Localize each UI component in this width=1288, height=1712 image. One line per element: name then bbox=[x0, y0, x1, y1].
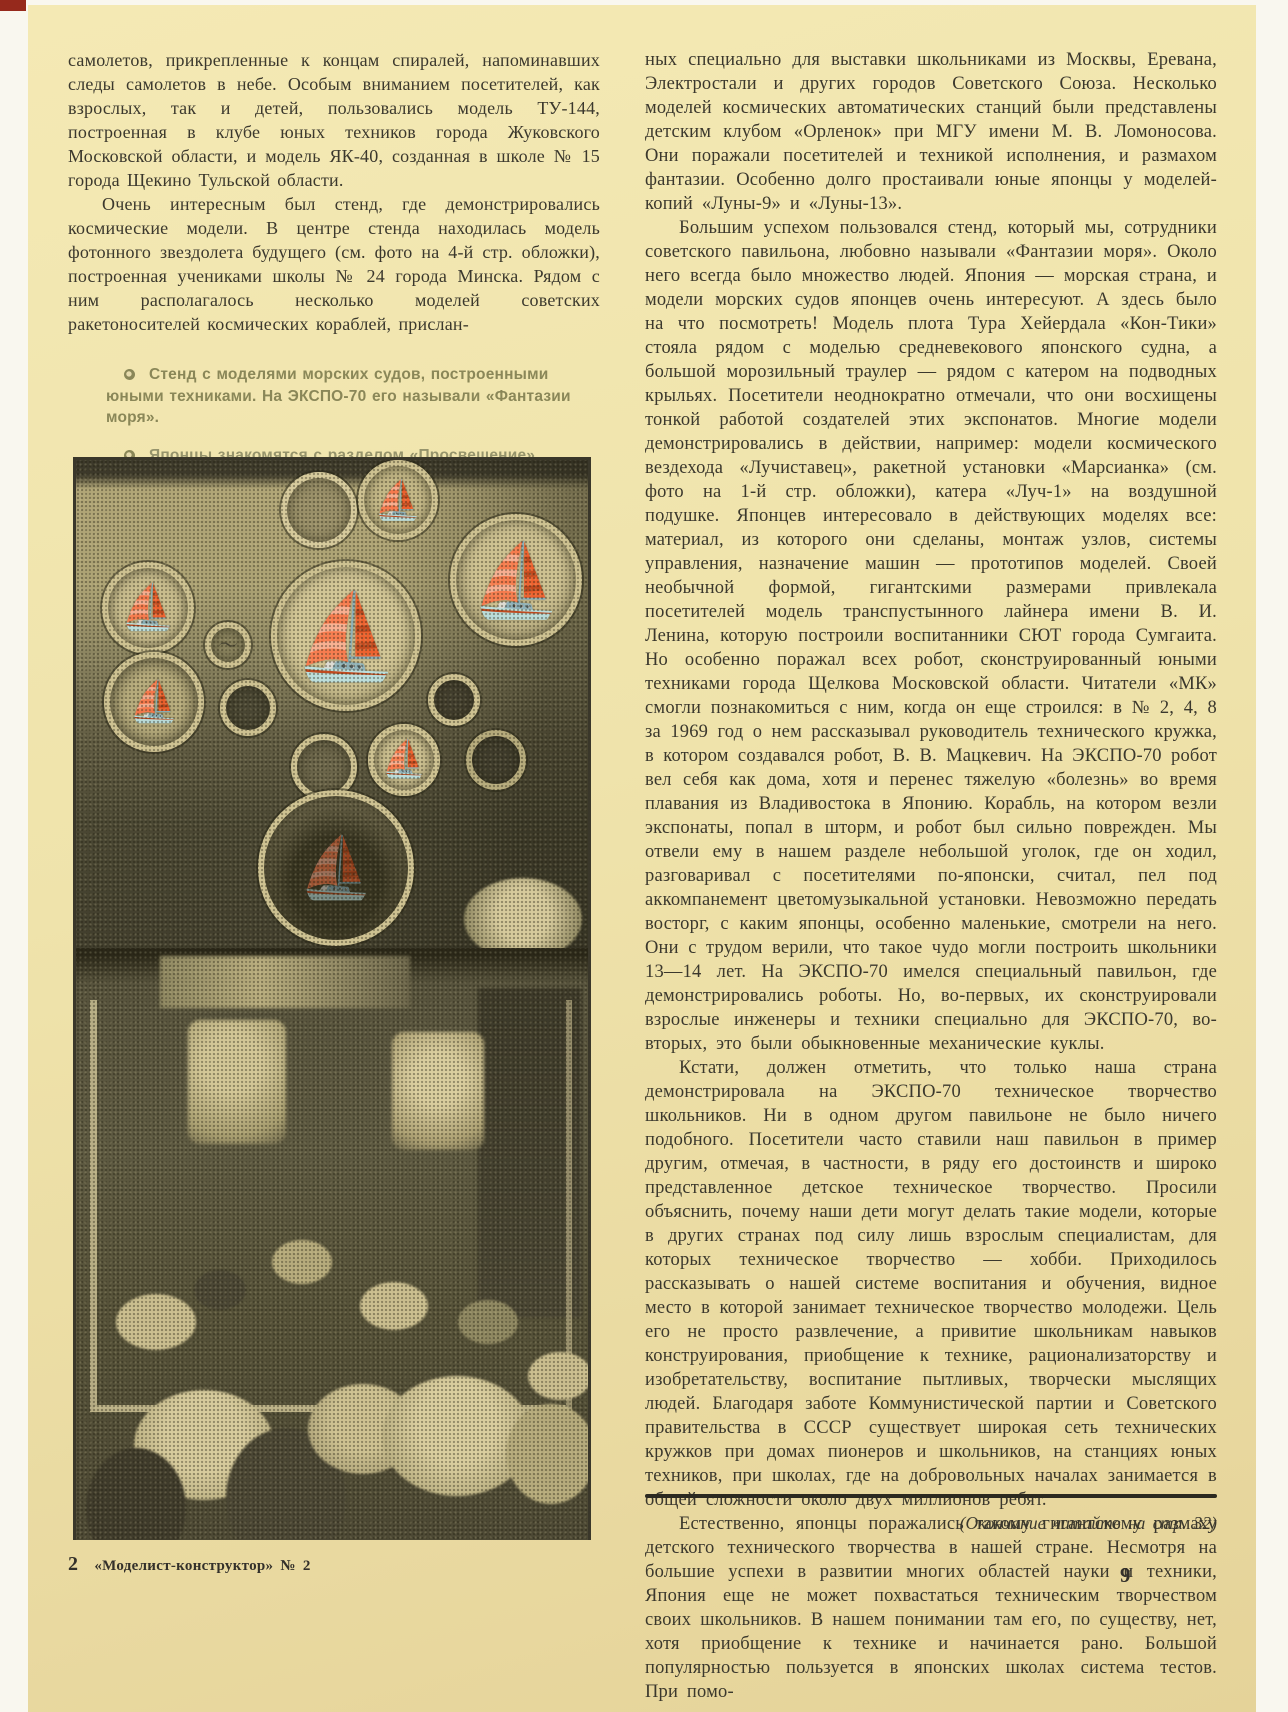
paragraph: Очень интересным был стенд, где демонстр… bbox=[68, 192, 600, 336]
porthole-sailboat: ⛵ bbox=[368, 724, 440, 796]
visitor-head bbox=[458, 1300, 518, 1344]
photo-caption-text: Стенд с моделями морских судов, построен… bbox=[106, 366, 571, 426]
paragraph: Кстати, должен отметить, что только наша… bbox=[645, 1056, 1217, 1512]
porthole-tall-ship: ⛵ bbox=[450, 514, 582, 646]
right-text-column: ных специально для выставки школьниками … bbox=[645, 48, 1217, 1704]
porthole-ship: ⛵ bbox=[358, 460, 438, 540]
exhibit-frame bbox=[90, 1000, 572, 1412]
crowd-photo bbox=[76, 948, 588, 1540]
photo-caption-bullet-icon bbox=[124, 369, 135, 380]
porthole-ring bbox=[281, 472, 357, 548]
visitor-head bbox=[528, 1352, 588, 1400]
column-end-rule bbox=[645, 1494, 1217, 1498]
visitor-head bbox=[116, 1294, 196, 1350]
continuation-note: (Окончание читайте на стр. 32) bbox=[645, 1513, 1217, 1534]
imprint-line: 2«Моделист-конструктор» № 2 bbox=[68, 1553, 311, 1576]
visitor-head bbox=[272, 1240, 332, 1284]
porthole-sailboat: ⛵ bbox=[102, 562, 194, 654]
porthole-main-ship: ⛵ bbox=[271, 561, 421, 711]
porthole-lighthouse: ⛵ bbox=[104, 652, 204, 752]
paragraph: Естественно, японцы поражались такому ги… bbox=[645, 1512, 1217, 1704]
paragraph: ных специально для выставки школьниками … bbox=[645, 48, 1217, 216]
page-number: 9 bbox=[1120, 1563, 1131, 1588]
paragraph: самолетов, прикрепленные к концам спирал… bbox=[68, 48, 600, 192]
magazine-page: самолетов, прикрепленные к концам спирал… bbox=[28, 5, 1256, 1712]
imprint-magazine-title: «Моделист-конструктор» № 2 bbox=[94, 1558, 310, 1574]
visitor-head bbox=[360, 1282, 428, 1330]
porthole-dark bbox=[220, 680, 276, 736]
porthole-ring-dark bbox=[466, 730, 526, 790]
porthole-dark bbox=[428, 674, 480, 726]
portholes-stand-photo: ⛵ ⛵ ⛵ 〜 ⛵ ⛵ ⛵ ⛵ bbox=[76, 460, 588, 948]
paragraph: Большим успехом пользовался стенд, котор… bbox=[645, 216, 1217, 1056]
porthole-model-closeup: ⛵ bbox=[258, 790, 414, 946]
visitor-head bbox=[506, 1404, 588, 1504]
scan-corner-mark bbox=[0, 0, 26, 11]
halftone-photo-block: ⛵ ⛵ ⛵ 〜 ⛵ ⛵ ⛵ ⛵ bbox=[73, 457, 591, 1540]
visitor-head bbox=[194, 1270, 246, 1310]
photo-caption-1: Стенд с моделями морских судов, построен… bbox=[106, 364, 572, 429]
imprint-issue-number: 2 bbox=[68, 1553, 78, 1575]
light-disc bbox=[464, 878, 582, 948]
porthole-wave: 〜 bbox=[205, 622, 251, 668]
